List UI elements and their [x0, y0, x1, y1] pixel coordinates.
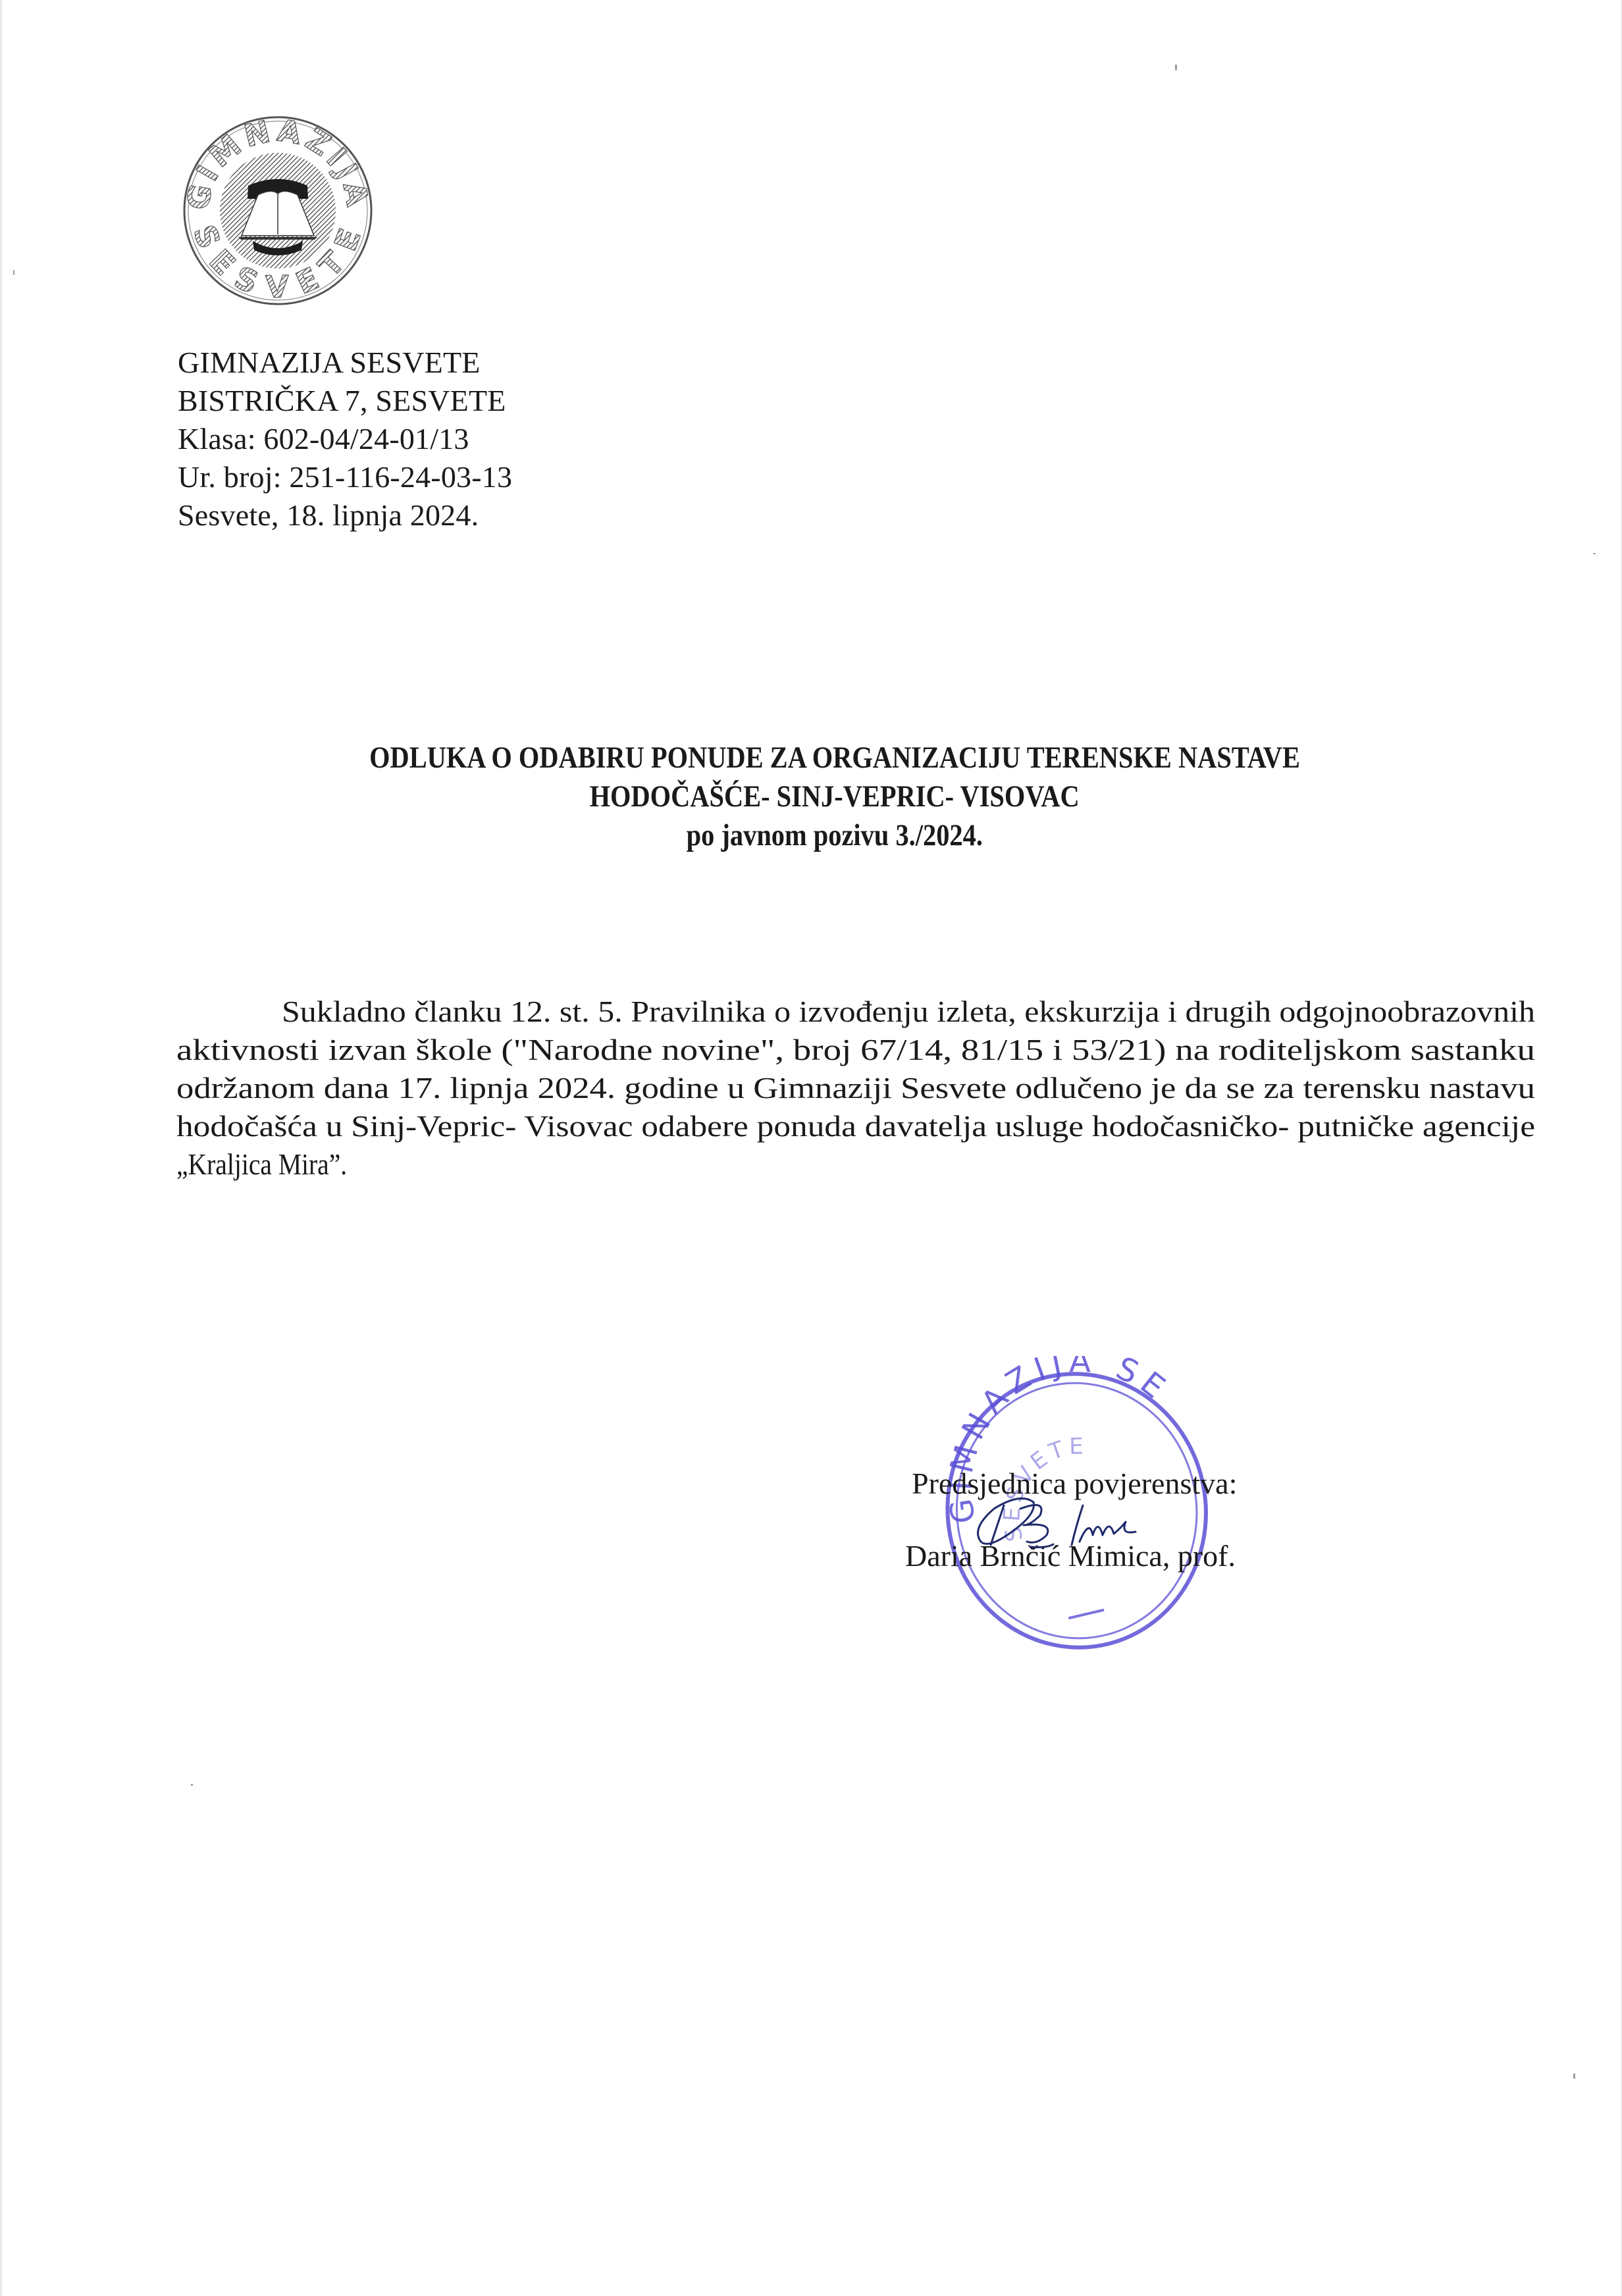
paragraph-line: održanom dana 17. lipnja 2024. godine u …	[176, 1069, 1535, 1107]
scan-speck	[1175, 65, 1177, 70]
school-address: BISTRIČKA 7, SESVETE	[178, 382, 512, 420]
decision-paragraph: Sukladno članku 12. st. 5. Pravilnika o …	[176, 993, 1535, 1184]
letterhead: GIMNAZIJA SESVETE BISTRIČKA 7, SESVETE K…	[178, 344, 512, 535]
title-line-1: ODLUKA O ODABIRU PONUDE ZA ORGANIZACIJU …	[369, 739, 1300, 777]
paragraph-line: aktivnosti izvan škole ("Narodne novine"…	[176, 1031, 1535, 1069]
scan-edge-left	[0, 0, 2, 2296]
school-logo-icon: GIMNAZIJA SESVETE	[179, 112, 377, 309]
place-and-date: Sesvete, 18. lipnja 2024.	[178, 496, 512, 535]
handwritten-signature-icon	[968, 1489, 1165, 1552]
title-line-2: HODOČAŠĆE- SINJ-VEPRIC- VISOVAC	[590, 777, 1080, 816]
scan-speck	[1593, 553, 1596, 554]
document-page: GIMNAZIJA SESVETE GIMNAZIJA SESVETE BIST…	[0, 0, 1622, 2296]
klasa-number: Klasa: 602-04/24-01/13	[178, 420, 512, 458]
title-line-3: po javnom pozivu 3./2024.	[687, 816, 983, 855]
scan-speck	[191, 1784, 193, 1786]
scan-speck	[13, 270, 14, 275]
paragraph-line: „Kraljica Mira”.	[176, 1145, 1535, 1184]
scan-speck	[1573, 2074, 1575, 2079]
paragraph-line: hodočašća u Sinj-Vepric- Visovac odabere…	[176, 1107, 1535, 1145]
document-title: ODLUKA O ODABIRU PONUDE ZA ORGANIZACIJU …	[0, 739, 1622, 855]
school-name: GIMNAZIJA SESVETE	[178, 344, 512, 382]
paragraph-line: Sukladno članku 12. st. 5. Pravilnika o …	[176, 993, 1535, 1031]
registry-number: Ur. broj: 251-116-24-03-13	[178, 458, 512, 496]
